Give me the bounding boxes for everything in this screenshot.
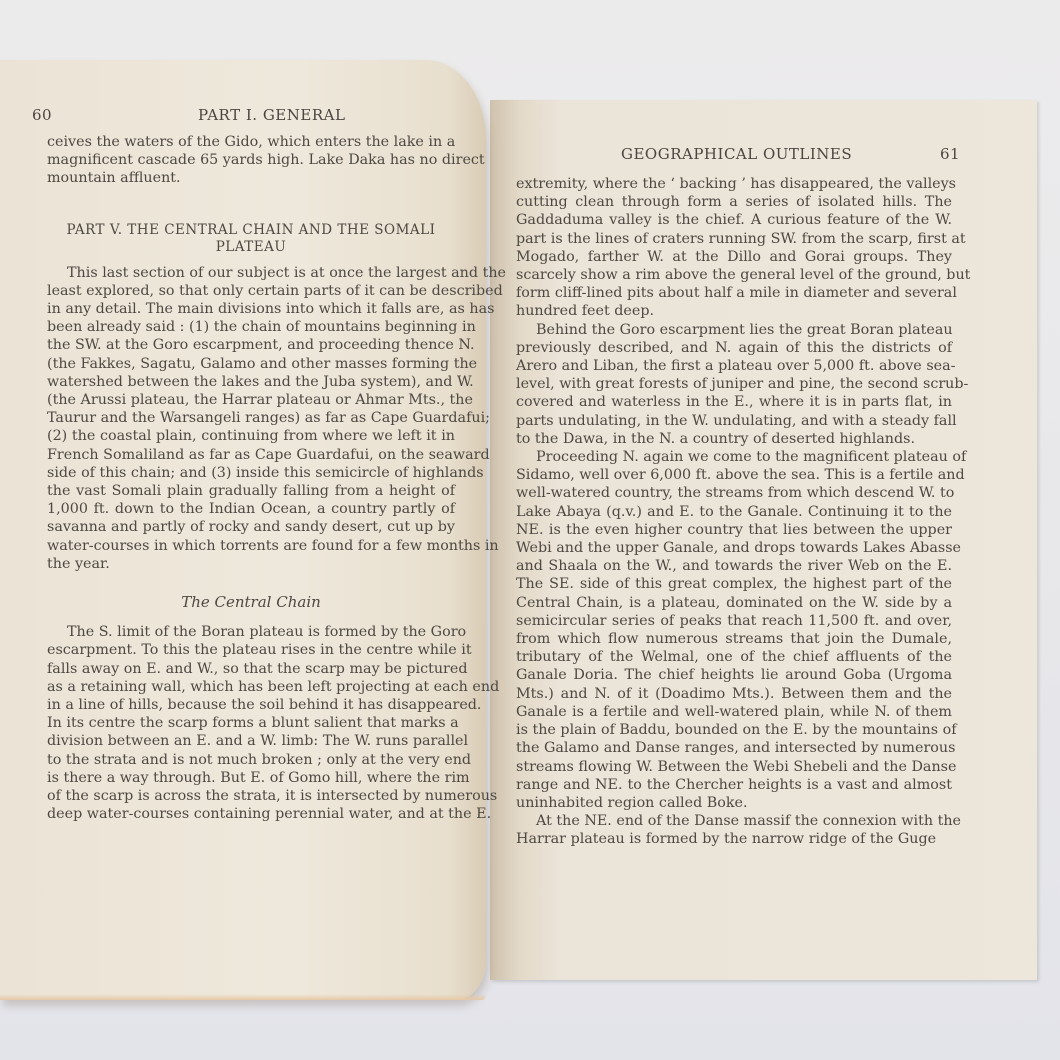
paragraph: ceives the waters of the Gido, which ent… [47, 133, 455, 188]
paragraph: extremity, where the ‘ backing ’ has dis… [516, 175, 952, 321]
left-page-body: ceives the waters of the Gido, which ent… [47, 133, 455, 824]
text-line: to the strata and is not much broken ; o… [47, 751, 455, 769]
text-line: magnificent cascade 65 yards high. Lake … [47, 151, 455, 169]
text-line: range and NE. to the Chercher heights is… [516, 776, 952, 794]
text-line: of the scarp is across the strata, it is… [47, 787, 455, 805]
text-line: Proceeding N. again we come to the magni… [516, 448, 952, 466]
text-line: the SW. at the Goro escarpment, and proc… [47, 336, 455, 354]
text-line: falls away on E. and W., so that the sca… [47, 660, 455, 678]
text-line: been already said : (1) the chain of mou… [47, 318, 455, 336]
text-line: water-courses in which torrents are foun… [47, 537, 455, 555]
text-line: semicircular series of peaks that reach … [516, 612, 952, 630]
right-page: GEOGRAPHICAL OUTLINES 61 extremity, wher… [490, 100, 1037, 980]
text-line: tributary of the Welmal, one of the chie… [516, 648, 952, 666]
left-page: 60 PART I. GENERAL ceives the waters of … [0, 60, 486, 1000]
text-line: Webi and the upper Ganale, and drops tow… [516, 539, 952, 557]
text-line: the vast Somali plain gradually falling … [47, 482, 455, 500]
text-line: side of this chain; and (3) inside this … [47, 464, 455, 482]
text-line: covered and waterless in the E., where i… [516, 393, 952, 411]
text-line: savanna and partly of rocky and sandy de… [47, 518, 455, 536]
text-line: the year. [47, 555, 455, 573]
text-line: The SE. side of this great complex, the … [516, 575, 952, 593]
text-line: escarpment. To this the plateau rises in… [47, 641, 455, 659]
section-title: PART V. THE CENTRAL CHAIN AND THE SOMALI… [47, 222, 455, 256]
text-line: form cliff-lined pits about half a mile … [516, 284, 952, 302]
text-line: The S. limit of the Boran plateau is for… [47, 623, 455, 641]
paragraph: At the NE. end of the Danse massif the c… [516, 812, 952, 848]
text-line: In its centre the scarp forms a blunt sa… [47, 714, 455, 732]
running-head-title: GEOGRAPHICAL OUTLINES [621, 145, 852, 163]
page-number: 60 [32, 106, 52, 124]
text-line: streams flowing W. Between the Webi Sheb… [516, 758, 952, 776]
text-line: parts undulating, in the W. undulating, … [516, 412, 952, 430]
text-line: This last section of our subject is at o… [47, 264, 455, 282]
paragraph: Behind the Goro escarpment lies the grea… [516, 321, 952, 448]
text-line: is there a way through. But E. of Gomo h… [47, 769, 455, 787]
running-head-title: PART I. GENERAL [198, 106, 345, 124]
text-line: (the Fakkes, Sagatu, Galamo and other ma… [47, 355, 455, 373]
text-line: Lake Abaya (q.v.) and E. to the Ganale. … [516, 503, 952, 521]
text-line: ceives the waters of the Gido, which ent… [47, 133, 455, 151]
paragraph: The S. limit of the Boran plateau is for… [47, 623, 455, 823]
text-line: level, with great forests of juniper and… [516, 375, 952, 393]
text-line: Gaddaduma valley is the chief. A curious… [516, 211, 952, 229]
text-line: in any detail. The main divisions into w… [47, 300, 455, 318]
text-line: from which flow numerous streams that jo… [516, 630, 952, 648]
paragraph: This last section of our subject is at o… [47, 264, 455, 573]
text-line: French Somaliland as far as Cape Guardaf… [47, 446, 455, 464]
text-line: part is the lines of craters running SW.… [516, 230, 952, 248]
text-line: Taurur and the Warsangeli ranges) as far… [47, 409, 455, 427]
text-line: division between an E. and a W. limb: Th… [47, 732, 455, 750]
text-line: deep water-courses containing perennial … [47, 805, 455, 823]
text-line: hundred feet deep. [516, 302, 952, 320]
text-line: Sidamo, well over 6,000 ft. above the se… [516, 466, 952, 484]
text-line: scarcely show a rim above the general le… [516, 266, 952, 284]
text-line: uninhabited region called Boke. [516, 794, 952, 812]
right-page-body: extremity, where the ‘ backing ’ has dis… [516, 175, 952, 849]
text-line: Ganale is a fertile and well-watered pla… [516, 703, 952, 721]
text-line: cutting clean through form a series of i… [516, 193, 952, 211]
text-line: Behind the Goro escarpment lies the grea… [516, 321, 952, 339]
text-line: mountain affluent. [47, 169, 455, 187]
text-line: Ganale Doria. The chief heights lie arou… [516, 666, 952, 684]
text-line: as a retaining wall, which has been left… [47, 678, 455, 696]
text-line: and Shaala on the W., and towards the ri… [516, 557, 952, 575]
text-line: least explored, so that only certain par… [47, 282, 455, 300]
text-line: watershed between the lakes and the Juba… [47, 373, 455, 391]
paragraph: Proceeding N. again we come to the magni… [516, 448, 952, 812]
text-line: Harrar plateau is formed by the narrow r… [516, 830, 952, 848]
text-line: extremity, where the ‘ backing ’ has dis… [516, 175, 952, 193]
text-line: Mogado, farther W. at the Dillo and Gora… [516, 248, 952, 266]
text-line: previously described, and N. again of th… [516, 339, 952, 357]
subsection-title: The Central Chain [47, 593, 455, 611]
text-line: well-watered country, the streams from w… [516, 484, 952, 502]
text-line: (the Arussi plateau, the Harrar plateau … [47, 391, 455, 409]
text-line: Mts.) and N. of it (Doadimo Mts.). Betwe… [516, 685, 952, 703]
text-line: NE. is the even higher country that lies… [516, 521, 952, 539]
text-line: Central Chain, is a plateau, dominated o… [516, 594, 952, 612]
text-line: At the NE. end of the Danse massif the c… [516, 812, 952, 830]
section-title-line: PART V. THE CENTRAL CHAIN AND THE SOMALI [67, 222, 436, 238]
text-line: Arero and Liban, the first a plateau ove… [516, 357, 952, 375]
text-line: 1,000 ft. down to the Indian Ocean, a co… [47, 500, 455, 518]
section-title-line: PLATEAU [216, 239, 287, 255]
text-line: is the plain of Baddu, bounded on the E.… [516, 721, 952, 739]
text-line: the Galamo and Danse ranges, and interse… [516, 739, 952, 757]
text-line: in a line of hills, because the soil beh… [47, 696, 455, 714]
page-number: 61 [940, 145, 960, 163]
text-line: to the Dawa, in the N. a country of dese… [516, 430, 952, 448]
text-line: (2) the coastal plain, continuing from w… [47, 427, 455, 445]
